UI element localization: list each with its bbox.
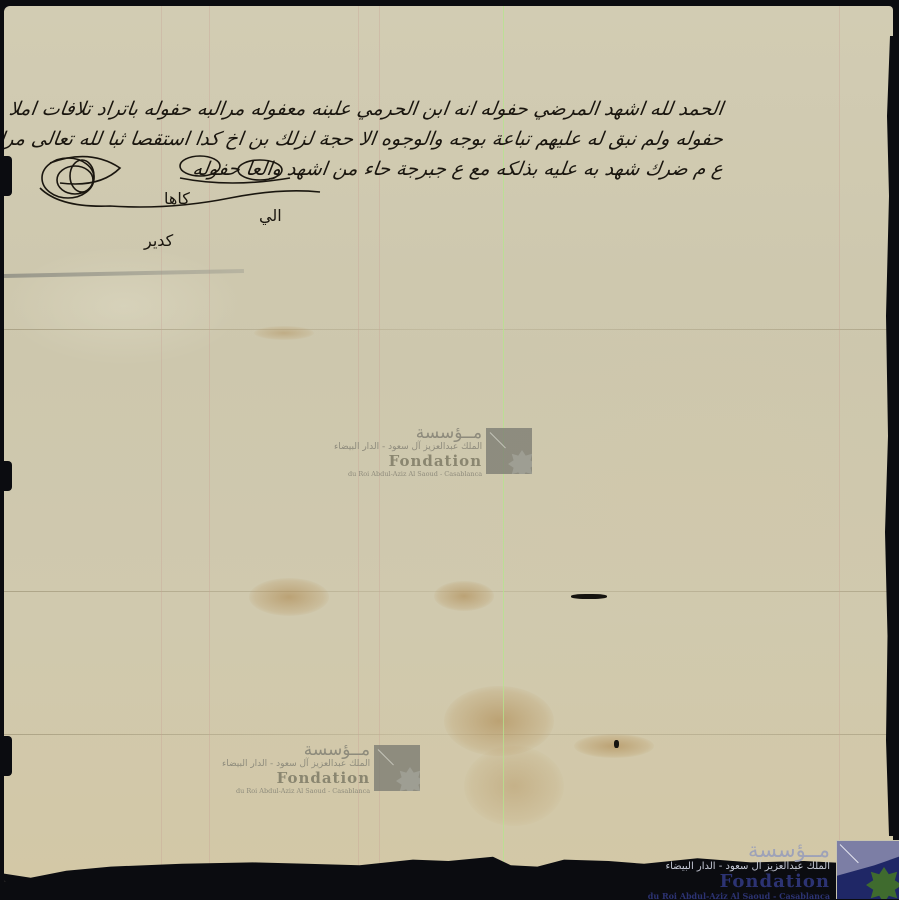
water-stain (254, 326, 314, 340)
signature-flourish-icon (30, 148, 330, 228)
watermark-french-title: Fondation (222, 770, 370, 787)
octagram-star-icon (508, 450, 532, 474)
watermark-arabic-title: مــؤسسة (222, 741, 370, 759)
torn-edge (883, 36, 893, 836)
water-stain (434, 581, 494, 611)
watermark-logo-icon (374, 745, 420, 791)
manuscript-line-1: الحمد لله اشهد المرضي حفوله انه ابن الحر… (4, 94, 725, 124)
fondation-watermark: مــؤسسة الملك عبدالعزيز آل سعود - الدار … (334, 424, 532, 478)
fondation-logo: مــؤسسة الملك عبدالعزيز آل سعود - الدار … (648, 839, 899, 900)
logo-emblem-icon (836, 840, 899, 899)
marginal-note: الي (259, 206, 282, 225)
green-octagram-star-icon (866, 867, 899, 899)
logo-arabic-title: مــؤسسة (648, 839, 830, 861)
ink-blot (571, 594, 607, 599)
logo-french-subtitle: du Roi Abdul-Aziz Al Saoud - Casablanca (648, 892, 830, 900)
watermark-french-title: Fondation (334, 453, 482, 470)
crease-mark (4, 269, 244, 278)
watermark-french-subtitle: du Roi Abdul-Aziz Al Saoud - Casablanca (222, 787, 370, 795)
logo-french-title: Fondation (648, 872, 830, 892)
fold-line (4, 329, 893, 330)
fondation-watermark: مــؤسسة الملك عبدالعزيز آل سعود - الدار … (222, 741, 420, 795)
manuscript-page: الحمد لله اشهد المرضي حفوله انه ابن الحر… (4, 6, 893, 882)
marginal-note: كاها (164, 189, 190, 208)
water-stain (249, 578, 329, 616)
torn-edge (4, 156, 12, 196)
watermark-french-subtitle: du Roi Abdul-Aziz Al Saoud - Casablanca (334, 470, 482, 478)
water-stain (444, 686, 554, 756)
watermark-logo-icon (486, 428, 532, 474)
watermark-arabic-title: مــؤسسة (334, 424, 482, 442)
octagram-star-icon (396, 767, 420, 791)
water-stain (464, 746, 564, 826)
fold-line (839, 6, 840, 882)
ink-blot (614, 740, 619, 748)
torn-edge (4, 736, 12, 776)
marginal-note: كدير (144, 231, 173, 250)
torn-edge (4, 461, 12, 491)
